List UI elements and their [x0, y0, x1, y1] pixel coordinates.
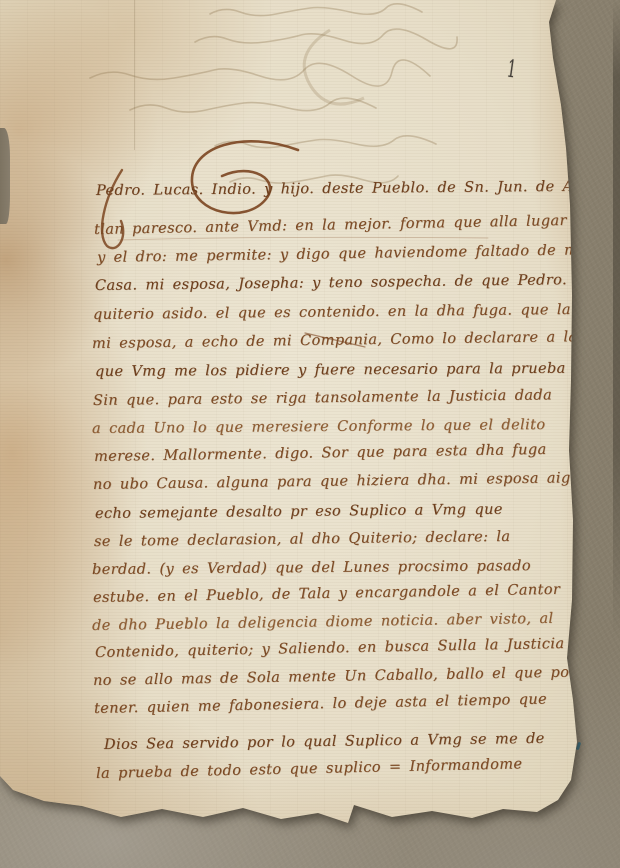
ink-bleedthrough	[0, 0, 620, 250]
manuscript-line: no ubo Causa. alguna para que hiziera dh…	[93, 470, 580, 493]
paper-shadow: Pedro. Lucas. Indio. y hijo. deste Puebl…	[0, 0, 620, 868]
manuscript-line: se le tome declarasion, al dho Quiterio;…	[94, 529, 511, 550]
manuscript-line: de dho Pueblo la deligencia diome notici…	[92, 611, 554, 634]
manuscript-line: echo semejante desalto pr eso Suplico a …	[95, 502, 503, 522]
manuscript-photo: Pedro. Lucas. Indio. y hijo. deste Puebl…	[0, 0, 620, 868]
manuscript-line: Casa. mi esposa, Josepha: y teno sospech…	[95, 272, 567, 294]
manuscript-line: tener. quien me fabonesiera. lo deje ast…	[94, 692, 547, 717]
manuscript-line: estube. en el Pueblo, de Tala y encargan…	[93, 582, 561, 606]
fold-crease	[134, 0, 135, 150]
manuscript-line: Sin que. para esto se riga tansolamente …	[93, 387, 552, 409]
manuscript-line: que Vmg me los pidiere y fuere necesario…	[95, 361, 566, 380]
manuscript-line: Pedro. Lucas. Indio. y hijo. deste Puebl…	[96, 178, 613, 199]
manuscript-line: mi esposa, a echo de mi Compania, Como l…	[92, 329, 611, 352]
manuscript-line: quiterio asido. el que es contenido. en …	[93, 302, 608, 323]
board-through-tear	[0, 128, 10, 224]
manuscript-line: Dios Sea servido por lo qual Suplico a V…	[104, 731, 545, 753]
manuscript-line: no se allo mas de Sola mente Un Caballo,…	[93, 664, 604, 689]
manuscript-line: merese. Mallormente. digo. Sor que para …	[94, 442, 547, 465]
manuscript-line: a cada Uno lo que meresiere Conforme lo …	[92, 417, 546, 437]
folio-number: 1	[506, 55, 518, 84]
manuscript-line: y el dro: me permite: y digo que haviend…	[97, 242, 584, 266]
manuscript-line: berdad. (y es Verdad) que del Lunes proc…	[92, 558, 531, 578]
manuscript-line: Contenido, quiterio; y Saliendo. en busc…	[95, 636, 565, 661]
manuscript-page: Pedro. Lucas. Indio. y hijo. deste Puebl…	[0, 0, 620, 868]
manuscript-line: tlan paresco. ante Vmd: en la mejor. for…	[94, 213, 567, 238]
manuscript-line: la prueba de todo esto que suplico = Inf…	[96, 756, 523, 782]
